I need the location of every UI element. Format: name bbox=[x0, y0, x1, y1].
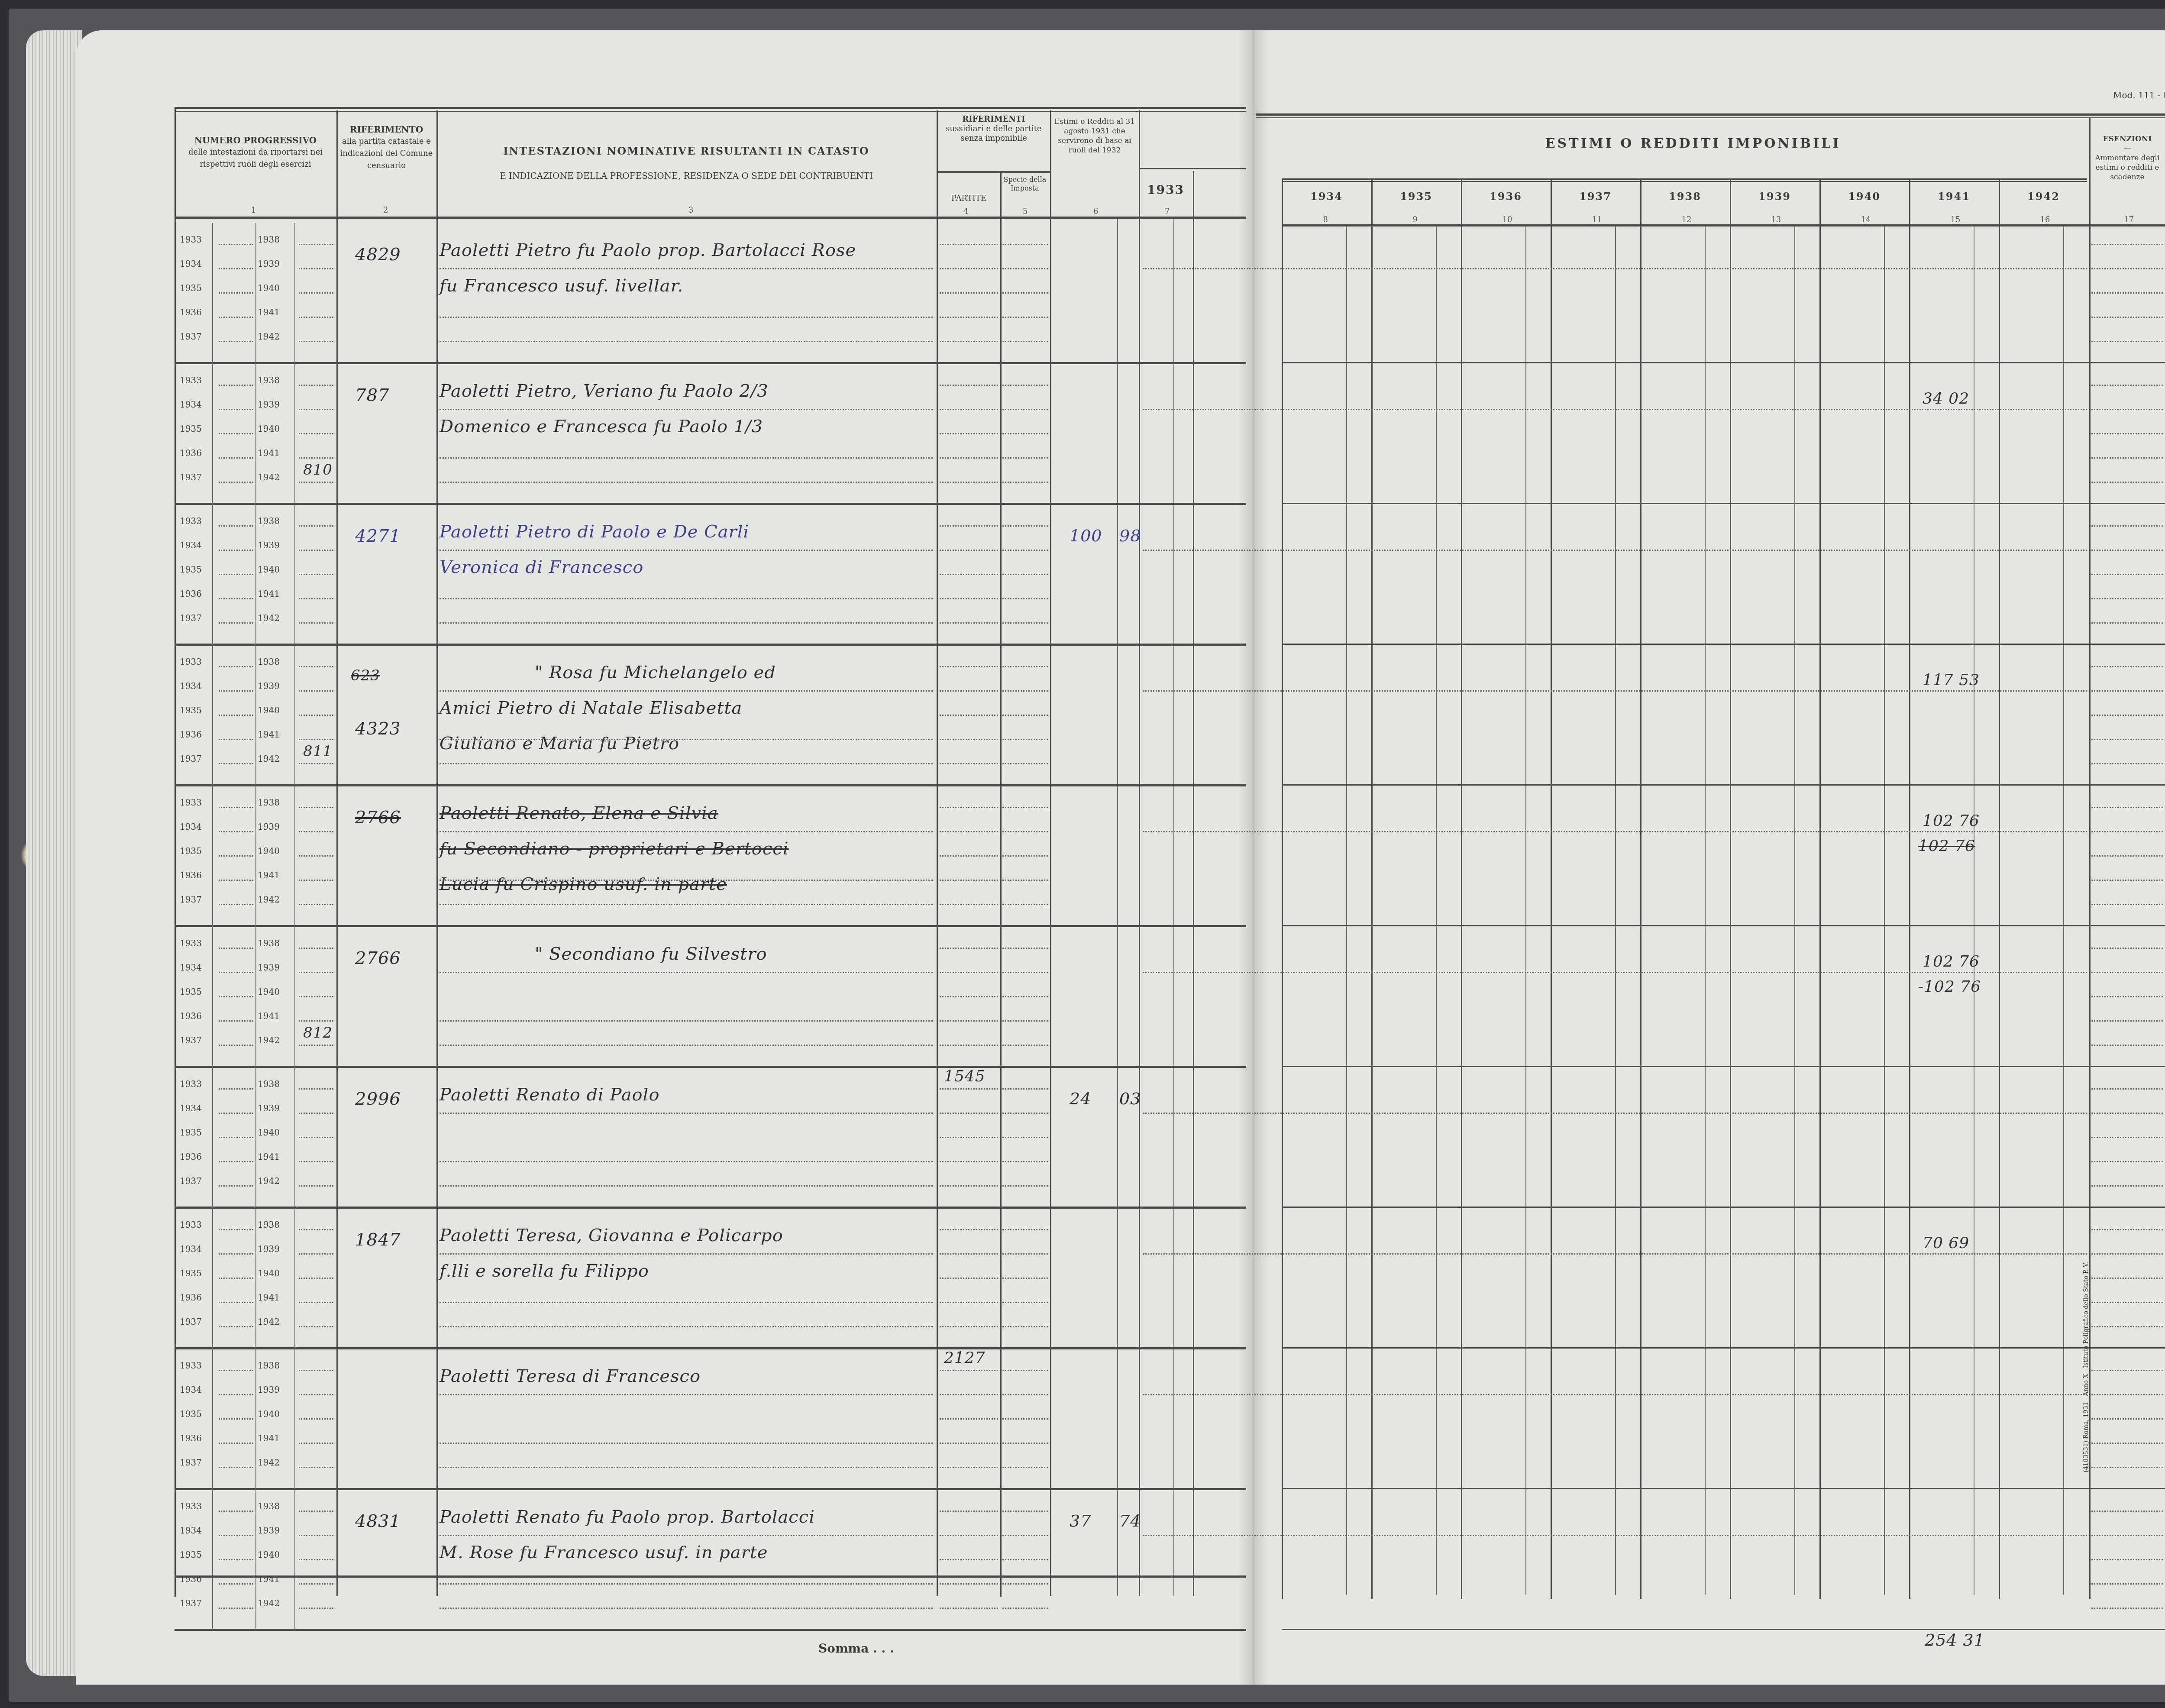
year-label: 1940 bbox=[258, 1268, 280, 1278]
header-col4: PARTITE bbox=[937, 193, 1000, 205]
partita-struck: 623 bbox=[351, 667, 380, 684]
year-label: 1938 bbox=[258, 516, 280, 526]
partita-number: 2766 bbox=[355, 948, 401, 968]
year-label: 1936 bbox=[180, 1152, 202, 1162]
year-label: 1941 bbox=[258, 729, 280, 740]
riferimento-partite: 1545 bbox=[944, 1067, 986, 1085]
year-label: 1935 bbox=[180, 1127, 202, 1138]
year-label: 1942 bbox=[258, 1176, 280, 1186]
year-label: 1940 bbox=[258, 846, 280, 856]
header-col6: Estimi o Redditi al 31 agosto 1931 che s… bbox=[1051, 117, 1138, 155]
header-col7: 1933 bbox=[1140, 184, 1192, 196]
estimo-1932-dec: 98 bbox=[1119, 526, 1141, 545]
intestazione-line: Paoletti Pietro fu Paolo prop. Bartolacc… bbox=[439, 240, 856, 260]
intestazione-line: fu Secondiano - proprietari e Bertocci bbox=[439, 839, 789, 859]
header-esenzioni: ESENZIONI — Ammontare degli estimi o red… bbox=[2091, 134, 2164, 182]
value-1941: 102 76 bbox=[1923, 812, 1980, 830]
intestazione-line: Giuliano e Maria fu Pietro bbox=[439, 734, 679, 754]
year-label: 1939 bbox=[258, 822, 280, 832]
intestazione-line: Domenico e Francesca fu Paolo 1/3 bbox=[439, 417, 763, 437]
header-estimi-title: ESTIMI O REDDITI IMPONIBILI bbox=[1282, 138, 2104, 150]
year-label: 1933 bbox=[180, 516, 202, 526]
year-label: 1934 bbox=[180, 399, 202, 410]
year-label: 1942 bbox=[258, 754, 280, 764]
header-year-1939: 1939 bbox=[1730, 191, 1819, 203]
year-label: 1933 bbox=[180, 1079, 202, 1089]
year-label: 1934 bbox=[180, 1103, 202, 1113]
value-1941: 34 02 bbox=[1923, 390, 1969, 408]
year-label: 1939 bbox=[258, 540, 280, 550]
year-label: 1938 bbox=[258, 234, 280, 245]
year-label: 1934 bbox=[180, 1244, 202, 1254]
header-col2: RIFERIMENTO alla partita catastale e ind… bbox=[338, 123, 435, 172]
estimo-1932-dec: 03 bbox=[1119, 1089, 1141, 1108]
year-label: 1941 bbox=[258, 870, 280, 880]
year-label: 1940 bbox=[258, 1127, 280, 1138]
year-label: 1940 bbox=[258, 1409, 280, 1419]
year-label: 1938 bbox=[258, 1360, 280, 1371]
header-col45: RIFERIMENTI sussidiari e delle partite s… bbox=[937, 115, 1050, 143]
intestazione-line: Veronica di Francesco bbox=[439, 557, 643, 577]
year-label: 1937 bbox=[180, 331, 202, 342]
year-label: 1940 bbox=[258, 1549, 280, 1560]
header-year-1937: 1937 bbox=[1551, 191, 1640, 203]
year-label: 1941 bbox=[258, 307, 280, 317]
header-year-1942: 1942 bbox=[1999, 191, 2088, 203]
partita-number: 2766 bbox=[355, 808, 401, 828]
year-label: 1934 bbox=[180, 1385, 202, 1395]
header-year-1934: 1934 bbox=[1282, 191, 1371, 203]
year-label: 1941 bbox=[258, 1433, 280, 1443]
year-label: 1935 bbox=[180, 705, 202, 715]
year-label: 1939 bbox=[258, 399, 280, 410]
intestazione-line: f.lli e sorella fu Filippo bbox=[439, 1261, 649, 1281]
value-1941-correction: -102 76 bbox=[1918, 978, 1981, 996]
year-label: 1935 bbox=[180, 1409, 202, 1419]
year-label: 1939 bbox=[258, 681, 280, 691]
year-label: 1935 bbox=[180, 987, 202, 997]
year-label: 1935 bbox=[180, 283, 202, 293]
year-label: 1941 bbox=[258, 1292, 280, 1303]
year-label: 1938 bbox=[258, 797, 280, 808]
year-label: 1939 bbox=[258, 962, 280, 973]
intestazione-line: Paoletti Pietro di Paolo e De Carli bbox=[439, 522, 749, 542]
year-label: 1939 bbox=[258, 259, 280, 269]
partita-number: 4271 bbox=[355, 526, 401, 546]
somma-label: Somma . . . bbox=[818, 1641, 894, 1656]
header-col5: Specie della Imposta bbox=[1001, 175, 1049, 193]
year-label: 1938 bbox=[258, 375, 280, 385]
ledger-page-right bbox=[1254, 30, 2165, 1685]
year-label: 1940 bbox=[258, 987, 280, 997]
year-label: 1937 bbox=[180, 1176, 202, 1186]
year-label: 1941 bbox=[258, 589, 280, 599]
year-label: 1937 bbox=[180, 1035, 202, 1045]
header-col1: NUMERO PROGRESSIVO delle intestazioni da… bbox=[175, 134, 336, 171]
intestazione-line: Paoletti Teresa, Giovanna e Policarpo bbox=[439, 1226, 783, 1245]
intestazione-line: Lucia fu Crispino usuf. in parte bbox=[439, 874, 727, 894]
header-year-1936: 1936 bbox=[1461, 191, 1551, 203]
year-label: 1940 bbox=[258, 283, 280, 293]
year-label: 1933 bbox=[180, 938, 202, 948]
year-label: 1937 bbox=[180, 1598, 202, 1608]
year-label: 1940 bbox=[258, 424, 280, 434]
header-col3-title: INTESTAZIONI NOMINATIVE RISULTANTI IN CA… bbox=[437, 145, 935, 157]
year-label: 1942 bbox=[258, 613, 280, 623]
intestazione-line: M. Rose fu Francesco usuf. in parte bbox=[439, 1543, 768, 1562]
year-label: 1942 bbox=[258, 894, 280, 905]
year-label: 1939 bbox=[258, 1103, 280, 1113]
value-1941: 117 53 bbox=[1923, 671, 1980, 689]
year-label: 1938 bbox=[258, 657, 280, 667]
intestazione-line: " Secondiano fu Silvestro bbox=[535, 944, 767, 964]
sequence-note: 810 bbox=[303, 461, 333, 479]
header-year-1938: 1938 bbox=[1640, 191, 1730, 203]
partita-number: 4829 bbox=[355, 245, 401, 265]
estimo-1932-dec: 74 bbox=[1119, 1511, 1141, 1530]
year-label: 1938 bbox=[258, 1501, 280, 1511]
year-label: 1934 bbox=[180, 681, 202, 691]
year-label: 1937 bbox=[180, 894, 202, 905]
year-label: 1934 bbox=[180, 962, 202, 973]
intestazione-line: Amici Pietro di Natale Elisabetta bbox=[439, 698, 742, 718]
year-label: 1936 bbox=[180, 1433, 202, 1443]
intestazione-line: " Rosa fu Michelangelo ed bbox=[535, 663, 776, 683]
sequence-note: 811 bbox=[303, 743, 333, 760]
year-label: 1936 bbox=[180, 307, 202, 317]
year-label: 1940 bbox=[258, 705, 280, 715]
year-label: 1938 bbox=[258, 1220, 280, 1230]
value-1941: 102 76 bbox=[1923, 953, 1980, 970]
year-label: 1933 bbox=[180, 657, 202, 667]
header-col3-desc: E INDICAZIONE DELLA PROFESSIONE, RESIDEN… bbox=[437, 170, 935, 182]
header-year-1941: 1941 bbox=[1909, 191, 1999, 203]
year-label: 1937 bbox=[180, 472, 202, 482]
year-label: 1939 bbox=[258, 1244, 280, 1254]
header-year-1935: 1935 bbox=[1371, 191, 1461, 203]
year-label: 1937 bbox=[180, 754, 202, 764]
intestazione-line: Paoletti Renato, Elena e Silvia bbox=[439, 803, 718, 823]
year-label: 1941 bbox=[258, 448, 280, 458]
value-1941: 70 69 bbox=[1923, 1234, 1969, 1252]
year-label: 1935 bbox=[180, 1549, 202, 1560]
header-year-1940: 1940 bbox=[1819, 191, 1909, 203]
year-label: 1942 bbox=[258, 1035, 280, 1045]
partita-number: 787 bbox=[355, 385, 389, 405]
form-id: Mod. 111 - Imposte Dirette (Intercalare)… bbox=[2113, 90, 2165, 100]
year-label: 1934 bbox=[180, 822, 202, 832]
year-label: 1933 bbox=[180, 1501, 202, 1511]
intestazione-line: Paoletti Renato fu Paolo prop. Bartolacc… bbox=[439, 1507, 815, 1527]
value-1941-correction: 102 76 bbox=[1918, 837, 1975, 855]
printer-note: (4103531) Roma, 1931 - Anno X - Istituto… bbox=[2083, 1262, 2090, 1472]
total-1941: 254 31 bbox=[1925, 1630, 1985, 1650]
year-label: 1935 bbox=[180, 424, 202, 434]
year-label: 1937 bbox=[180, 613, 202, 623]
year-label: 1934 bbox=[180, 1525, 202, 1536]
year-label: 1942 bbox=[258, 1457, 280, 1468]
year-label: 1941 bbox=[258, 1152, 280, 1162]
year-label: 1935 bbox=[180, 846, 202, 856]
year-label: 1934 bbox=[180, 259, 202, 269]
year-label: 1933 bbox=[180, 234, 202, 245]
estimo-1932-int: 37 bbox=[1070, 1511, 1091, 1530]
year-label: 1933 bbox=[180, 1220, 202, 1230]
year-label: 1942 bbox=[258, 331, 280, 342]
intestazione-line: Paoletti Teresa di Francesco bbox=[439, 1366, 701, 1386]
year-label: 1939 bbox=[258, 1385, 280, 1395]
year-label: 1934 bbox=[180, 540, 202, 550]
sequence-note: 812 bbox=[303, 1024, 333, 1042]
page-edges-left bbox=[26, 30, 82, 1676]
year-label: 1941 bbox=[258, 1011, 280, 1021]
partita-number: 4831 bbox=[355, 1511, 401, 1531]
intestazione-line: fu Francesco usuf. livellar. bbox=[439, 276, 683, 296]
intestazione-line: Paoletti Renato di Paolo bbox=[439, 1085, 659, 1105]
year-label: 1936 bbox=[180, 1292, 202, 1303]
estimo-1932-int: 100 bbox=[1070, 526, 1102, 545]
partita-number: 1847 bbox=[355, 1230, 401, 1250]
year-label: 1942 bbox=[258, 1598, 280, 1608]
year-label: 1939 bbox=[258, 1525, 280, 1536]
year-label: 1933 bbox=[180, 797, 202, 808]
year-label: 1942 bbox=[258, 472, 280, 482]
year-label: 1940 bbox=[258, 564, 280, 575]
riferimento-partite: 2127 bbox=[944, 1349, 986, 1367]
year-label: 1937 bbox=[180, 1317, 202, 1327]
year-label: 1937 bbox=[180, 1457, 202, 1468]
year-label: 1933 bbox=[180, 1360, 202, 1371]
book-gutter bbox=[1238, 30, 1269, 1685]
year-label: 1938 bbox=[258, 1079, 280, 1089]
partita-number: 4323 bbox=[355, 719, 401, 739]
year-label: 1935 bbox=[180, 564, 202, 575]
year-label: 1935 bbox=[180, 1268, 202, 1278]
year-label: 1936 bbox=[180, 589, 202, 599]
year-label: 1936 bbox=[180, 870, 202, 880]
year-label: 1933 bbox=[180, 375, 202, 385]
intestazione-line: Paoletti Pietro, Veriano fu Paolo 2/3 bbox=[439, 381, 769, 401]
estimo-1932-int: 24 bbox=[1070, 1089, 1091, 1108]
year-label: 1942 bbox=[258, 1317, 280, 1327]
year-label: 1936 bbox=[180, 729, 202, 740]
year-label: 1936 bbox=[180, 448, 202, 458]
partita-number: 2996 bbox=[355, 1089, 401, 1109]
year-label: 1938 bbox=[258, 938, 280, 948]
year-label: 1936 bbox=[180, 1011, 202, 1021]
